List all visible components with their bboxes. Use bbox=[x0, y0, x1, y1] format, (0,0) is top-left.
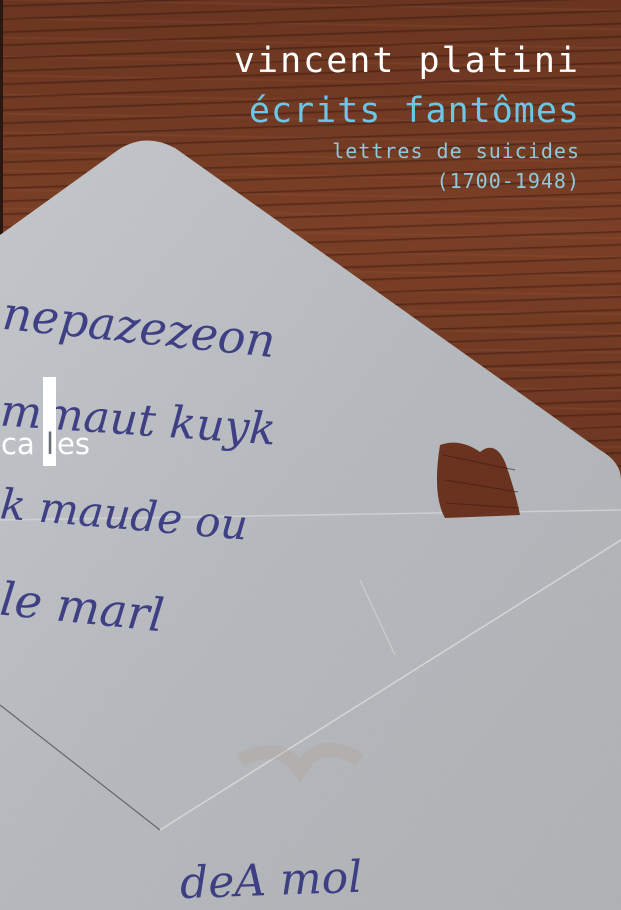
title-block: vincent platini écrits fantômes lettres … bbox=[234, 40, 580, 196]
logo-text-left: ca bbox=[1, 427, 35, 461]
publisher-logo: ca l es bbox=[0, 377, 120, 467]
author-name: vincent platini bbox=[234, 40, 580, 82]
book-title: écrits fantômes bbox=[234, 88, 580, 134]
book-subtitle: lettres de suicides bbox=[234, 136, 580, 166]
logo-text-bar-letter: l bbox=[44, 427, 56, 461]
handwriting-line-5: deA mol bbox=[179, 852, 363, 909]
date-range: (1700-1948) bbox=[234, 166, 580, 196]
book-cover: nepazezeon mmaut kuyk k maude ou le marl… bbox=[0, 0, 621, 910]
logo-text-right: es bbox=[57, 427, 90, 461]
